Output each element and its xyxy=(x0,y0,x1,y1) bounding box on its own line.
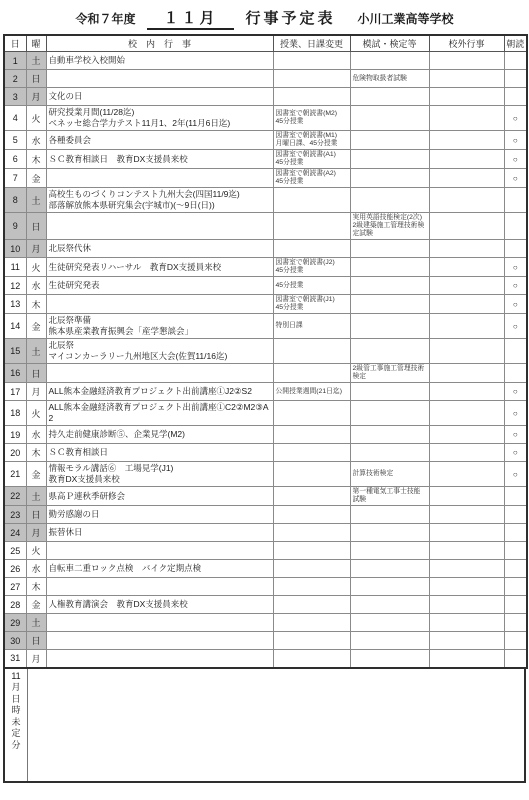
day-cell: 5 xyxy=(4,131,26,150)
reading-cell xyxy=(504,560,527,578)
table-header: 日 曜 校 内 行 事 授業、日課変更 模試・検定等 校外行事 朝読 xyxy=(4,35,527,52)
undecided-label: 11 月 日 時 未 定 分 xyxy=(5,669,28,781)
day-cell: 7 xyxy=(4,169,26,188)
events-cell: 北辰祭準備熊本県産業教育振興会「産学懇談会」 xyxy=(46,314,273,339)
reading-cell: ○ xyxy=(504,314,527,339)
schedule-cell xyxy=(273,632,350,650)
schedule-cell: 図書室で朝読書(J1)45分授業 xyxy=(273,295,350,314)
events-cell: 研究授業月間(11/28迄)ベネッセ総合学力テスト11月1、2年(11月6日迄) xyxy=(46,106,273,131)
text-line: 文化の日 xyxy=(49,91,271,102)
exams-cell xyxy=(350,542,429,560)
outside-cell xyxy=(429,364,504,383)
header-reading: 朝読 xyxy=(504,35,527,52)
schedule-cell xyxy=(273,364,350,383)
events-cell: 自動車学校入校開始 xyxy=(46,52,273,70)
schedule-cell xyxy=(273,487,350,506)
weekday-cell: 火 xyxy=(26,542,46,560)
outside-cell xyxy=(429,632,504,650)
reading-cell xyxy=(504,596,527,614)
day-cell: 19 xyxy=(4,426,26,444)
calendar-row: 20木ＳＣ教育相談日○ xyxy=(4,444,527,462)
text-line: ＳＣ教育相談日 教育DX支援員来校 xyxy=(49,154,271,165)
exams-cell xyxy=(350,578,429,596)
exams-cell: 第一種電気工事士技能試験 xyxy=(350,487,429,506)
outside-cell xyxy=(429,426,504,444)
calendar-row: 12水生徒研究発表45分授業○ xyxy=(4,277,527,295)
day-cell: 11 xyxy=(4,258,26,277)
events-cell: 生徒研究発表 xyxy=(46,277,273,295)
outside-cell xyxy=(429,487,504,506)
text-line: 北辰祭 xyxy=(49,340,271,351)
text-line: 特別日課 xyxy=(276,322,348,330)
outside-cell xyxy=(429,542,504,560)
calendar-row: 13木図書室で朝読書(J1)45分授業○ xyxy=(4,295,527,314)
day-cell: 23 xyxy=(4,506,26,524)
events-cell: 勤労感謝の日 xyxy=(46,506,273,524)
calendar-row: 16日2級管工事施工管理技術検定 xyxy=(4,364,527,383)
text-line: 計算技術検定 xyxy=(353,470,427,478)
events-cell xyxy=(46,213,273,240)
weekday-cell: 火 xyxy=(26,401,46,426)
text-line: 公開授業週間(21日迄) xyxy=(276,388,348,396)
events-cell: 県高Ｐ連秋季研修会 xyxy=(46,487,273,506)
schedule-cell xyxy=(273,401,350,426)
reading-cell xyxy=(504,339,527,364)
reading-cell xyxy=(504,506,527,524)
reading-cell xyxy=(504,614,527,632)
schedule-cell xyxy=(273,578,350,596)
reading-cell: ○ xyxy=(504,426,527,444)
outside-cell xyxy=(429,462,504,487)
events-cell xyxy=(46,542,273,560)
weekday-cell: 木 xyxy=(26,444,46,462)
day-cell: 6 xyxy=(4,150,26,169)
calendar-row: 8土高校生ものづくりコンテスト九州大会(四国11/9迄)部落解放熊本県研究集会(… xyxy=(4,188,527,213)
calendar-row: 24月振替休日 xyxy=(4,524,527,542)
exams-cell: 2級管工事施工管理技術検定 xyxy=(350,364,429,383)
text-line: 第一種電気工事士技能試験 xyxy=(353,488,427,504)
schedule-cell: 図書室で朝読書(M2)45分授業 xyxy=(273,106,350,131)
schedule-cell xyxy=(273,70,350,88)
exams-cell: 実用英語技能検定(2次)2級建築施工管理技術検定試験 xyxy=(350,213,429,240)
exams-cell xyxy=(350,560,429,578)
header-outside: 校外行事 xyxy=(429,35,504,52)
text-line: 2級管工事施工管理技術検定 xyxy=(353,365,427,381)
weekday-cell: 日 xyxy=(26,70,46,88)
schedule-cell: 公開授業週間(21日迄) xyxy=(273,383,350,401)
text-line: 図書室で朝読書(A1) xyxy=(276,151,348,159)
weekday-cell: 木 xyxy=(26,295,46,314)
exams-cell xyxy=(350,150,429,169)
day-cell: 3 xyxy=(4,88,26,106)
calendar-row: 4火研究授業月間(11/28迄)ベネッセ総合学力テスト11月1、2年(11月6日… xyxy=(4,106,527,131)
day-cell: 12 xyxy=(4,277,26,295)
exams-cell xyxy=(350,444,429,462)
events-cell: 北辰祭代休 xyxy=(46,240,273,258)
outside-cell xyxy=(429,277,504,295)
exams-cell xyxy=(350,52,429,70)
exams-cell xyxy=(350,426,429,444)
reading-cell: ○ xyxy=(504,150,527,169)
day-cell: 27 xyxy=(4,578,26,596)
exams-cell xyxy=(350,88,429,106)
document-title: 行事予定表 xyxy=(246,7,336,28)
day-cell: 8 xyxy=(4,188,26,213)
outside-cell xyxy=(429,614,504,632)
exams-cell xyxy=(350,614,429,632)
reading-cell: ○ xyxy=(504,383,527,401)
weekday-cell: 土 xyxy=(26,487,46,506)
exams-cell xyxy=(350,524,429,542)
day-cell: 15 xyxy=(4,339,26,364)
weekday-cell: 月 xyxy=(26,650,46,668)
reading-cell xyxy=(504,650,527,668)
weekday-cell: 日 xyxy=(26,632,46,650)
text-line: 各種委員会 xyxy=(49,135,271,146)
weekday-cell: 木 xyxy=(26,150,46,169)
outside-cell xyxy=(429,314,504,339)
reading-cell: ○ xyxy=(504,401,527,426)
text-line: 県高Ｐ連秋季研修会 xyxy=(49,491,271,502)
schedule-cell xyxy=(273,213,350,240)
text-line: 45分授業 xyxy=(276,159,348,167)
calendar-row: 5水各種委員会図書室で朝読書(M1)月曜日課、45分授業○ xyxy=(4,131,527,150)
calendar-row: 3月文化の日 xyxy=(4,88,527,106)
events-cell: 生徒研究発表リハーサル 教育DX支援員来校 xyxy=(46,258,273,277)
exams-cell xyxy=(350,596,429,614)
day-cell: 25 xyxy=(4,542,26,560)
reading-cell xyxy=(504,524,527,542)
weekday-cell: 日 xyxy=(26,213,46,240)
header-schedule: 授業、日課変更 xyxy=(273,35,350,52)
day-cell: 9 xyxy=(4,213,26,240)
events-cell: 北辰祭マイコンカーラリー九州地区大会(佐賀11/16迄) xyxy=(46,339,273,364)
weekday-cell: 月 xyxy=(26,383,46,401)
header-exams: 模試・検定等 xyxy=(350,35,429,52)
day-cell: 26 xyxy=(4,560,26,578)
calendar-row: 22土県高Ｐ連秋季研修会第一種電気工事士技能試験 xyxy=(4,487,527,506)
header-row: 日 曜 校 内 行 事 授業、日課変更 模試・検定等 校外行事 朝読 xyxy=(4,35,527,52)
outside-cell xyxy=(429,560,504,578)
exams-cell xyxy=(350,131,429,150)
exams-cell xyxy=(350,295,429,314)
schedule-cell xyxy=(273,596,350,614)
calendar-row: 28金人権教育講演会 教育DX支援員来校 xyxy=(4,596,527,614)
events-cell: ＳＣ教育相談日 xyxy=(46,444,273,462)
undecided-section: 11 月 日 時 未 定 分 xyxy=(3,667,526,783)
reading-cell xyxy=(504,88,527,106)
text-line: ALL熊本金融経済教育プロジェクト出前講座①C2②M2③A2 xyxy=(49,402,271,424)
outside-cell xyxy=(429,188,504,213)
reading-cell xyxy=(504,632,527,650)
text-line: 2級建築施工管理技術検定試験 xyxy=(353,222,427,238)
events-cell xyxy=(46,650,273,668)
outside-cell xyxy=(429,401,504,426)
day-cell: 2 xyxy=(4,70,26,88)
exams-cell xyxy=(350,339,429,364)
outside-cell xyxy=(429,70,504,88)
day-cell: 20 xyxy=(4,444,26,462)
text-line: 北辰祭準備 xyxy=(49,315,271,326)
weekday-cell: 金 xyxy=(26,462,46,487)
reading-cell: ○ xyxy=(504,444,527,462)
schedule-cell: 図書室で朝読書(A1)45分授業 xyxy=(273,150,350,169)
calendar-row: 21金情報モラル講話⑥ 工場見学(J1)教育DX支援員来校計算技術検定○ xyxy=(4,462,527,487)
calendar-row: 25火 xyxy=(4,542,527,560)
exams-cell xyxy=(350,240,429,258)
schedule-cell xyxy=(273,560,350,578)
reading-cell: ○ xyxy=(504,295,527,314)
reading-cell xyxy=(504,240,527,258)
weekday-cell: 土 xyxy=(26,52,46,70)
schedule-cell: 45分授業 xyxy=(273,277,350,295)
weekday-cell: 月 xyxy=(26,240,46,258)
events-cell xyxy=(46,632,273,650)
outside-cell xyxy=(429,596,504,614)
text-line: ＳＣ教育相談日 xyxy=(49,447,271,458)
events-cell: 持久走前健康診断⑤、企業見学(M2) xyxy=(46,426,273,444)
schedule-cell xyxy=(273,339,350,364)
text-line: 生徒研究発表リハーサル 教育DX支援員来校 xyxy=(49,262,271,273)
events-cell: ALL熊本金融経済教育プロジェクト出前講座①J2②S2 xyxy=(46,383,273,401)
text-line: 実用英語技能検定(2次) xyxy=(353,214,427,222)
text-line: 部落解放熊本県研究集会(宇城市)(～9日(日)) xyxy=(49,200,271,211)
calendar-row: 23日勤労感謝の日 xyxy=(4,506,527,524)
day-cell: 29 xyxy=(4,614,26,632)
reading-cell xyxy=(504,364,527,383)
reading-cell xyxy=(504,70,527,88)
exams-cell xyxy=(350,188,429,213)
exams-cell xyxy=(350,650,429,668)
weekday-cell: 日 xyxy=(26,506,46,524)
weekday-cell: 土 xyxy=(26,188,46,213)
calendar-row: 10月北辰祭代休 xyxy=(4,240,527,258)
schedule-cell xyxy=(273,650,350,668)
text-line: 自動車学校入校開始 xyxy=(49,55,271,66)
exams-cell xyxy=(350,632,429,650)
reading-cell xyxy=(504,213,527,240)
fiscal-year-label: 令和７年度 xyxy=(75,10,135,27)
calendar-row: 18火ALL熊本金融経済教育プロジェクト出前講座①C2②M2③A2○ xyxy=(4,401,527,426)
text-line: 危険物取扱者試験 xyxy=(353,75,427,83)
weekday-cell: 月 xyxy=(26,88,46,106)
reading-cell xyxy=(504,542,527,560)
reading-cell xyxy=(504,487,527,506)
calendar-row: 30日 xyxy=(4,632,527,650)
outside-cell xyxy=(429,578,504,596)
weekday-cell: 水 xyxy=(26,560,46,578)
calendar-row: 15土北辰祭マイコンカーラリー九州地区大会(佐賀11/16迄) xyxy=(4,339,527,364)
exams-cell xyxy=(350,169,429,188)
outside-cell xyxy=(429,106,504,131)
text-line: 45分授業 xyxy=(276,282,348,290)
weekday-cell: 金 xyxy=(26,314,46,339)
text-line: 45分授業 xyxy=(276,178,348,186)
exams-cell: 計算技術検定 xyxy=(350,462,429,487)
events-cell: ALL熊本金融経済教育プロジェクト出前講座①C2②M2③A2 xyxy=(46,401,273,426)
text-line: 北辰祭代休 xyxy=(49,243,271,254)
schedule-cell: 図書室で朝読書(M1)月曜日課、45分授業 xyxy=(273,131,350,150)
calendar-row: 1土自動車学校入校開始 xyxy=(4,52,527,70)
day-cell: 22 xyxy=(4,487,26,506)
weekday-cell: 水 xyxy=(26,277,46,295)
day-cell: 4 xyxy=(4,106,26,131)
outside-cell xyxy=(429,650,504,668)
header-events: 校 内 行 事 xyxy=(46,35,273,52)
calendar-row: 9日実用英語技能検定(2次)2級建築施工管理技術検定試験 xyxy=(4,213,527,240)
text-line: 熊本県産業教育振興会「産学懇談会」 xyxy=(49,326,271,337)
weekday-cell: 日 xyxy=(26,364,46,383)
schedule-cell xyxy=(273,88,350,106)
text-line: 自転車二重ロック点検 バイク定期点検 xyxy=(49,563,271,574)
calendar-row: 11火生徒研究発表リハーサル 教育DX支援員来校図書室で朝読書(J2)45分授業… xyxy=(4,258,527,277)
text-line: 図書室で朝読書(J1) xyxy=(276,296,348,304)
text-line: ベネッセ総合学力テスト11月1、2年(11月6日迄) xyxy=(49,118,271,129)
events-cell: 文化の日 xyxy=(46,88,273,106)
weekday-cell: 金 xyxy=(26,169,46,188)
events-cell: 自転車二重ロック点検 バイク定期点検 xyxy=(46,560,273,578)
schedule-cell xyxy=(273,542,350,560)
outside-cell xyxy=(429,295,504,314)
events-cell xyxy=(46,169,273,188)
schedule-cell xyxy=(273,52,350,70)
calendar-row: 19水持久走前健康診断⑤、企業見学(M2)○ xyxy=(4,426,527,444)
schedule-cell xyxy=(273,188,350,213)
text-line: 図書室で朝読書(A2) xyxy=(276,170,348,178)
text-line: 高校生ものづくりコンテスト九州大会(四国11/9迄) xyxy=(49,189,271,200)
day-cell: 17 xyxy=(4,383,26,401)
events-cell: 振替休日 xyxy=(46,524,273,542)
outside-cell xyxy=(429,258,504,277)
schedule-cell xyxy=(273,240,350,258)
outside-cell xyxy=(429,150,504,169)
text-line: 振替休日 xyxy=(49,527,271,538)
outside-cell xyxy=(429,131,504,150)
events-cell: ＳＣ教育相談日 教育DX支援員来校 xyxy=(46,150,273,169)
day-cell: 13 xyxy=(4,295,26,314)
reading-cell: ○ xyxy=(504,462,527,487)
outside-cell xyxy=(429,52,504,70)
events-cell xyxy=(46,364,273,383)
day-cell: 16 xyxy=(4,364,26,383)
text-line: 45分授業 xyxy=(276,118,348,126)
weekday-cell: 月 xyxy=(26,524,46,542)
undecided-empty-area xyxy=(28,669,524,781)
outside-cell xyxy=(429,524,504,542)
text-line: マイコンカーラリー九州地区大会(佐賀11/16迄) xyxy=(49,351,271,362)
calendar-row: 7金図書室で朝読書(A2)45分授業○ xyxy=(4,169,527,188)
events-cell xyxy=(46,578,273,596)
text-line: 持久走前健康診断⑤、企業見学(M2) xyxy=(49,429,271,440)
events-cell: 各種委員会 xyxy=(46,131,273,150)
calendar-row: 2日危険物取扱者試験 xyxy=(4,70,527,88)
events-cell xyxy=(46,614,273,632)
day-cell: 10 xyxy=(4,240,26,258)
calendar-row: 17月ALL熊本金融経済教育プロジェクト出前講座①J2②S2公開授業週間(21日… xyxy=(4,383,527,401)
exams-cell xyxy=(350,401,429,426)
calendar-row: 31月 xyxy=(4,650,527,668)
reading-cell xyxy=(504,52,527,70)
calendar-row: 26水自転車二重ロック点検 バイク定期点検 xyxy=(4,560,527,578)
schedule-table: 日 曜 校 内 行 事 授業、日課変更 模試・検定等 校外行事 朝読 1土自動車… xyxy=(3,34,528,669)
exams-cell: 危険物取扱者試験 xyxy=(350,70,429,88)
events-cell xyxy=(46,295,273,314)
text-line: 勤労感謝の日 xyxy=(49,509,271,520)
day-cell: 18 xyxy=(4,401,26,426)
schedule-cell xyxy=(273,444,350,462)
exams-cell xyxy=(350,314,429,339)
day-cell: 28 xyxy=(4,596,26,614)
weekday-cell: 水 xyxy=(26,131,46,150)
reading-cell xyxy=(504,578,527,596)
events-cell: 高校生ものづくりコンテスト九州大会(四国11/9迄)部落解放熊本県研究集会(宇城… xyxy=(46,188,273,213)
day-cell: 24 xyxy=(4,524,26,542)
reading-cell: ○ xyxy=(504,169,527,188)
outside-cell xyxy=(429,240,504,258)
outside-cell xyxy=(429,444,504,462)
month-label: １１月 xyxy=(147,7,233,30)
day-cell: 21 xyxy=(4,462,26,487)
text-line: 図書室で朝読書(M1) xyxy=(276,132,348,140)
schedule-cell xyxy=(273,524,350,542)
weekday-cell: 土 xyxy=(26,339,46,364)
exams-cell xyxy=(350,277,429,295)
schedule-cell: 特別日課 xyxy=(273,314,350,339)
reading-cell: ○ xyxy=(504,258,527,277)
text-line: 人権教育講演会 教育DX支援員来校 xyxy=(49,599,271,610)
weekday-cell: 水 xyxy=(26,426,46,444)
outside-cell xyxy=(429,169,504,188)
events-cell: 人権教育講演会 教育DX支援員来校 xyxy=(46,596,273,614)
weekday-cell: 火 xyxy=(26,106,46,131)
text-line: 研究授業月間(11/28迄) xyxy=(49,107,271,118)
document-title-bar: 令和７年度 １１月 行事予定表 小川工業高等学校 xyxy=(0,0,529,34)
header-day: 日 xyxy=(4,35,26,52)
reading-cell: ○ xyxy=(504,131,527,150)
reading-cell xyxy=(504,188,527,213)
reading-cell: ○ xyxy=(504,277,527,295)
calendar-body: 1土自動車学校入校開始2日危険物取扱者試験3月文化の日4火研究授業月間(11/2… xyxy=(4,52,527,668)
schedule-cell xyxy=(273,426,350,444)
exams-cell xyxy=(350,383,429,401)
exams-cell xyxy=(350,106,429,131)
reading-cell: ○ xyxy=(504,106,527,131)
outside-cell xyxy=(429,213,504,240)
outside-cell xyxy=(429,339,504,364)
schedule-cell: 図書室で朝読書(J2)45分授業 xyxy=(273,258,350,277)
school-name: 小川工業高等学校 xyxy=(358,10,454,27)
weekday-cell: 金 xyxy=(26,596,46,614)
events-cell xyxy=(46,70,273,88)
weekday-cell: 土 xyxy=(26,614,46,632)
calendar-row: 29土 xyxy=(4,614,527,632)
calendar-row: 6木ＳＣ教育相談日 教育DX支援員来校図書室で朝読書(A1)45分授業○ xyxy=(4,150,527,169)
text-line: 図書室で朝読書(J2) xyxy=(276,259,348,267)
outside-cell xyxy=(429,506,504,524)
calendar-row: 14金北辰祭準備熊本県産業教育振興会「産学懇談会」特別日課○ xyxy=(4,314,527,339)
outside-cell xyxy=(429,88,504,106)
header-weekday: 曜 xyxy=(26,35,46,52)
text-line: 月曜日課、45分授業 xyxy=(276,140,348,148)
day-cell: 1 xyxy=(4,52,26,70)
text-line: 教育DX支援員来校 xyxy=(49,474,271,485)
day-cell: 14 xyxy=(4,314,26,339)
events-cell: 情報モラル講話⑥ 工場見学(J1)教育DX支援員来校 xyxy=(46,462,273,487)
text-line: 情報モラル講話⑥ 工場見学(J1) xyxy=(49,463,271,474)
day-cell: 30 xyxy=(4,632,26,650)
weekday-cell: 火 xyxy=(26,258,46,277)
schedule-cell xyxy=(273,506,350,524)
